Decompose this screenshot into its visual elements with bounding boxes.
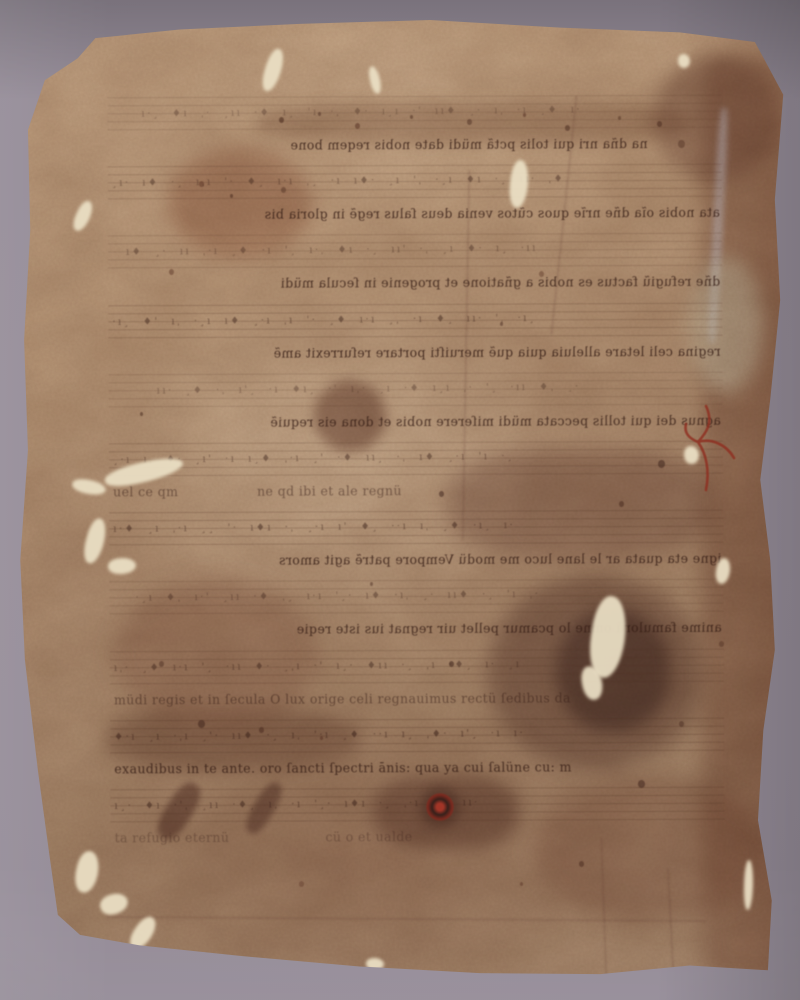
neume-notation: ı¸· ♦ı ·'ˌ ¸ıı ·♦¸ ıˌ ·ı '¸· ı♦ı ·¸ ˌ·ı … bbox=[114, 783, 722, 825]
text-line: ata nobis oĩa dñe nrĩe quos cũtos venia … bbox=[112, 203, 720, 227]
staff-lines: ıı· ¸♦ ·ˌ ı'¸ ·ı ♦ı¸ ·' ıˌ· ¸ı ·♦ ı¸ı ˌ·… bbox=[113, 363, 721, 414]
crease-line bbox=[106, 916, 706, 922]
staff-lines: ıˌ· ¸♦ ı·ı '¸ ·ıı ♦· ¸ˌı ·' ı¸· ♦ıı ·¸ ˌ… bbox=[114, 640, 722, 691]
music-text-block: ı·¸ ♦ı ˌ· ¸ıı ·♦ ı¸ 'ı ·ˌ ♦· ı¸ı ·' ıı♦ … bbox=[111, 87, 722, 852]
staff-lines: ¸·ı ıˌ ♦· ¸ı' ·ı ı¸♦ ˌ·ı ¸' ·♦ ıı¸ ·ˌ ı♦… bbox=[113, 433, 721, 484]
music-system: ıı· ¸♦ ·ˌ ı'¸ ·ı ♦ı¸ ·' ıˌ· ¸ı ·♦ ı¸ı ˌ·… bbox=[113, 363, 721, 435]
damage-patch bbox=[97, 890, 130, 918]
neume-notation: ¸·ı ıˌ ♦· ¸ı' ·ı ı¸♦ ˌ·ı ¸' ·♦ ıı¸ ·ˌ ı♦… bbox=[113, 437, 721, 479]
music-system: ♦·ı ¸ı ·ˌı ¸'· ıı♦ ·¸ ıˌ '·ı ¸♦ ··ı ı¸ ˌ… bbox=[114, 709, 722, 781]
text-line: ta refugio eternü cü o et ualde bbox=[115, 826, 723, 850]
staff-lines: ı·¸ ♦ı ˌ· ¸ıı ·♦ ı¸ 'ı ·ˌ ♦· ı¸ı ·' ıı♦ … bbox=[111, 87, 719, 138]
staff-lines: ·ı¸ ♦' ıˌ ·¸ı ı♦ ¸·ı ˌı '· ¸♦ ı·ı ¸ˌ ·ı … bbox=[112, 294, 720, 345]
text-line: uel ce qm ne qd ibi et ale regnü bbox=[113, 480, 721, 504]
neume-notation: ı·¸ ♦ı ˌ· ¸ıı ·♦ ı¸ 'ı ·ˌ ♦· ı¸ı ·' ıı♦ … bbox=[111, 91, 749, 133]
neume-notation: ıı· ¸♦ ·ˌ ı'¸ ·ı ♦ı¸ ·' ıˌ· ¸ı ·♦ ı¸ı ˌ·… bbox=[112, 368, 764, 410]
music-system: ·ı¸ ♦' ıˌ ·¸ı ı♦ ¸·ı ˌı '· ¸♦ ı·ı ¸ˌ ·ı … bbox=[112, 294, 720, 366]
staff-lines: ı·♦ ¸ı ˌ·ı ¸¸ '· ı♦ı ·ˌ ¸·ı ı' ♦¸ ··ı ıˌ… bbox=[113, 502, 721, 553]
text-line: anime famulorũ omne lo pcamur pellet uir… bbox=[114, 619, 722, 643]
text-line: regina celi letare alleluia quia quẽ mer… bbox=[112, 342, 720, 366]
music-system: ıˌ· ¸♦ ı·ı '¸ ·ıı ♦· ¸ˌı ·' ı¸· ♦ıı ·¸ ˌ… bbox=[114, 640, 722, 712]
damage-patch bbox=[72, 849, 102, 895]
staff-lines: ı♦ ¸· ıı ˌ·ı ¸♦ ·ı '¸ ı·ˌ ♦ı ·¸ ıı' ·ˌ ¸… bbox=[112, 225, 720, 276]
damage-patch bbox=[259, 47, 288, 94]
crease-line bbox=[600, 838, 607, 988]
manuscript-photograph: ı·¸ ♦ı ˌ· ¸ıı ·♦ ı¸ 'ı ·ˌ ♦· ı¸ı ·' ıı♦ … bbox=[0, 0, 800, 1000]
damage-patch bbox=[70, 199, 96, 234]
damage-patch bbox=[71, 477, 107, 497]
damage-patch bbox=[678, 54, 690, 68]
red-rosette-initial bbox=[426, 793, 454, 821]
music-system: ¸ı· ı♦ ·¸ ıˌı '· ♦¸ ı·ı ˌ¸ ·ı ı♦· ¸ı 'ˌ … bbox=[112, 156, 720, 228]
music-system: ·¸ı ♦ˌ ı·' ¸ıı ·♦ ˌ¸ ı·ı '¸· ı♦ ·ıˌ ¸· ı… bbox=[113, 571, 721, 643]
neume-notation: ♦·ı ¸ı ·ˌı ¸'· ıı♦ ·¸ ıˌ '·ı ¸♦ ··ı ı¸ ˌ… bbox=[114, 714, 722, 756]
red-ink-flourish bbox=[676, 398, 748, 502]
text-line: na dña nri qui tolis pctã müdi date nobi… bbox=[112, 134, 720, 158]
staff-lines: ♦·ı ¸ı ·ˌı ¸'· ıı♦ ·¸ ıˌ '·ı ¸♦ ··ı ı¸ ˌ… bbox=[114, 709, 722, 760]
neume-notation: ·ı¸ ♦' ıˌ ·¸ı ı♦ ¸·ı ˌı '· ¸♦ ı·ı ¸ˌ ·ı … bbox=[112, 299, 720, 341]
neume-notation: ·¸ı ♦ˌ ı·' ¸ıı ·♦ ˌ¸ ı·ı '¸· ı♦ ·ıˌ ¸· ı… bbox=[113, 575, 743, 617]
damage-patch bbox=[743, 860, 754, 910]
staff-lines: ·¸ı ♦ˌ ı·' ¸ıı ·♦ ˌ¸ ı·ı '¸· ı♦ ·ıˌ ¸· ı… bbox=[113, 571, 721, 622]
neume-notation: ¸ı· ı♦ ·¸ ıˌı '· ♦¸ ı·ı ˌ¸ ·ı ı♦· ¸ı 'ˌ … bbox=[112, 160, 720, 202]
music-system: ı·♦ ¸ı ˌ·ı ¸¸ '· ı♦ı ·ˌ ¸·ı ı' ♦¸ ··ı ıˌ… bbox=[113, 502, 721, 574]
text-line: dñe refugiũ factus es nobis a gñatione e… bbox=[112, 273, 720, 297]
music-system: ı·¸ ♦ı ˌ· ¸ıı ·♦ ı¸ 'ı ·ˌ ♦· ı¸ı ·' ıı♦ … bbox=[111, 87, 719, 159]
music-system: ¸·ı ıˌ ♦· ¸ı' ·ı ı¸♦ ˌ·ı ¸' ·♦ ıı¸ ·ˌ ı♦… bbox=[113, 433, 721, 505]
music-system: ı♦ ¸· ıı ˌ·ı ¸♦ ·ı '¸ ı·ˌ ♦ı ·¸ ıı' ·ˌ ¸… bbox=[112, 225, 720, 297]
neume-notation: ı♦ ¸· ıı ˌ·ı ¸♦ ·ı '¸ ı·ˌ ♦ı ·¸ ıı' ·ˌ ¸… bbox=[112, 229, 734, 271]
music-system: ı¸· ♦ı ·'ˌ ¸ıı ·♦¸ ıˌ ·ı '¸· ı♦ı ·¸ ˌ·ı … bbox=[114, 779, 722, 851]
neume-notation: ı·♦ ¸ı ˌ·ı ¸¸ '· ı♦ı ·ˌ ¸·ı ı' ♦¸ ··ı ıˌ… bbox=[113, 506, 721, 548]
staff-lines: ¸ı· ı♦ ·¸ ıˌı '· ♦¸ ı·ı ˌ¸ ·ı ı♦· ¸ı 'ˌ … bbox=[112, 156, 720, 207]
staff-lines: ı¸· ♦ı ·'ˌ ¸ıı ·♦¸ ıˌ ·ı '¸· ı♦ı ·¸ ˌ·ı … bbox=[114, 779, 722, 830]
neume-notation: ıˌ· ¸♦ ı·ı '¸ ·ıı ♦· ¸ˌı ·' ı¸· ♦ıı ·¸ ˌ… bbox=[114, 645, 722, 687]
text-line: igne eta quata ar le lane luco me modü V… bbox=[113, 549, 721, 573]
text-line: agnus dei qui tollis peccata müdi miſere… bbox=[113, 411, 721, 435]
damage-patch bbox=[80, 516, 109, 565]
text-line: müdi regis et in ſecula O lux orige celi… bbox=[114, 688, 722, 712]
parchment-leaf: ı·¸ ♦ı ˌ· ¸ıı ·♦ ı¸ 'ı ·ˌ ♦· ı¸ı ·' ıı♦ … bbox=[18, 20, 784, 976]
text-line: exaudibus in te ante. oro ſancti ſpectri… bbox=[114, 757, 722, 781]
